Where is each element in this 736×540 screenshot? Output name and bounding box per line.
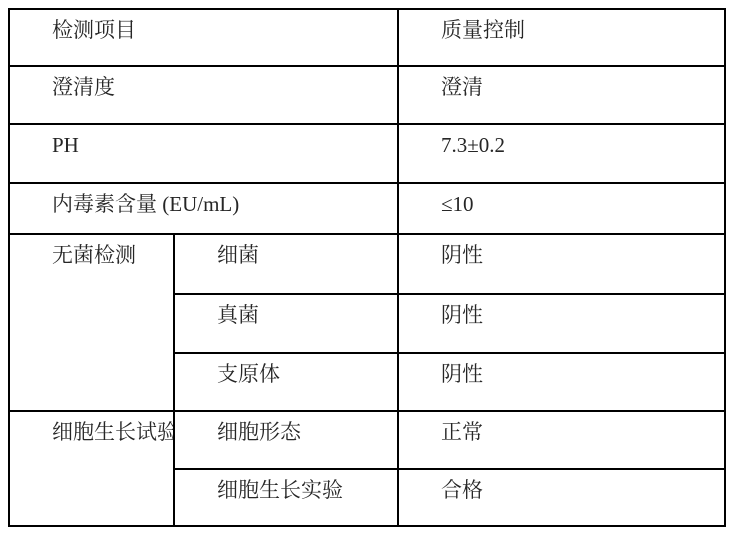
header-cell-qc: 质量控制 — [398, 9, 725, 66]
table-row-ph: PH 7.3±0.2 — [9, 124, 725, 183]
table-row-bacteria: 无菌检测 细菌 阴性 — [9, 234, 725, 294]
group-cell-cell-growth: 细胞生长试验 — [9, 411, 174, 526]
sub-item-cell: 支原体 — [174, 353, 398, 411]
value-cell: ≤10 — [398, 183, 725, 234]
sub-item-cell: 细菌 — [174, 234, 398, 294]
item-cell: PH — [9, 124, 398, 183]
value-cell: 正常 — [398, 411, 725, 469]
value-cell: 合格 — [398, 469, 725, 526]
table-row-clarity: 澄清度 澄清 — [9, 66, 725, 124]
sub-item-cell: 真菌 — [174, 294, 398, 353]
table-row-endotoxin: 内毒素含量 (EU/mL) ≤10 — [9, 183, 725, 234]
value-cell: 澄清 — [398, 66, 725, 124]
item-cell: 澄清度 — [9, 66, 398, 124]
header-row: 检测项目 质量控制 — [9, 9, 725, 66]
sub-item-cell: 细胞生长实验 — [174, 469, 398, 526]
header-cell-item: 检测项目 — [9, 9, 398, 66]
value-cell: 7.3±0.2 — [398, 124, 725, 183]
sub-item-cell: 细胞形态 — [174, 411, 398, 469]
item-cell: 内毒素含量 (EU/mL) — [9, 183, 398, 234]
value-cell: 阴性 — [398, 353, 725, 411]
table-row-cell-morphology: 细胞生长试验 细胞形态 正常 — [9, 411, 725, 469]
group-cell-sterility: 无菌检测 — [9, 234, 174, 411]
value-cell: 阴性 — [398, 294, 725, 353]
value-cell: 阴性 — [398, 234, 725, 294]
quality-control-table: 检测项目 质量控制 澄清度 澄清 PH 7.3±0.2 内毒素含量 (EU/mL… — [8, 8, 726, 527]
